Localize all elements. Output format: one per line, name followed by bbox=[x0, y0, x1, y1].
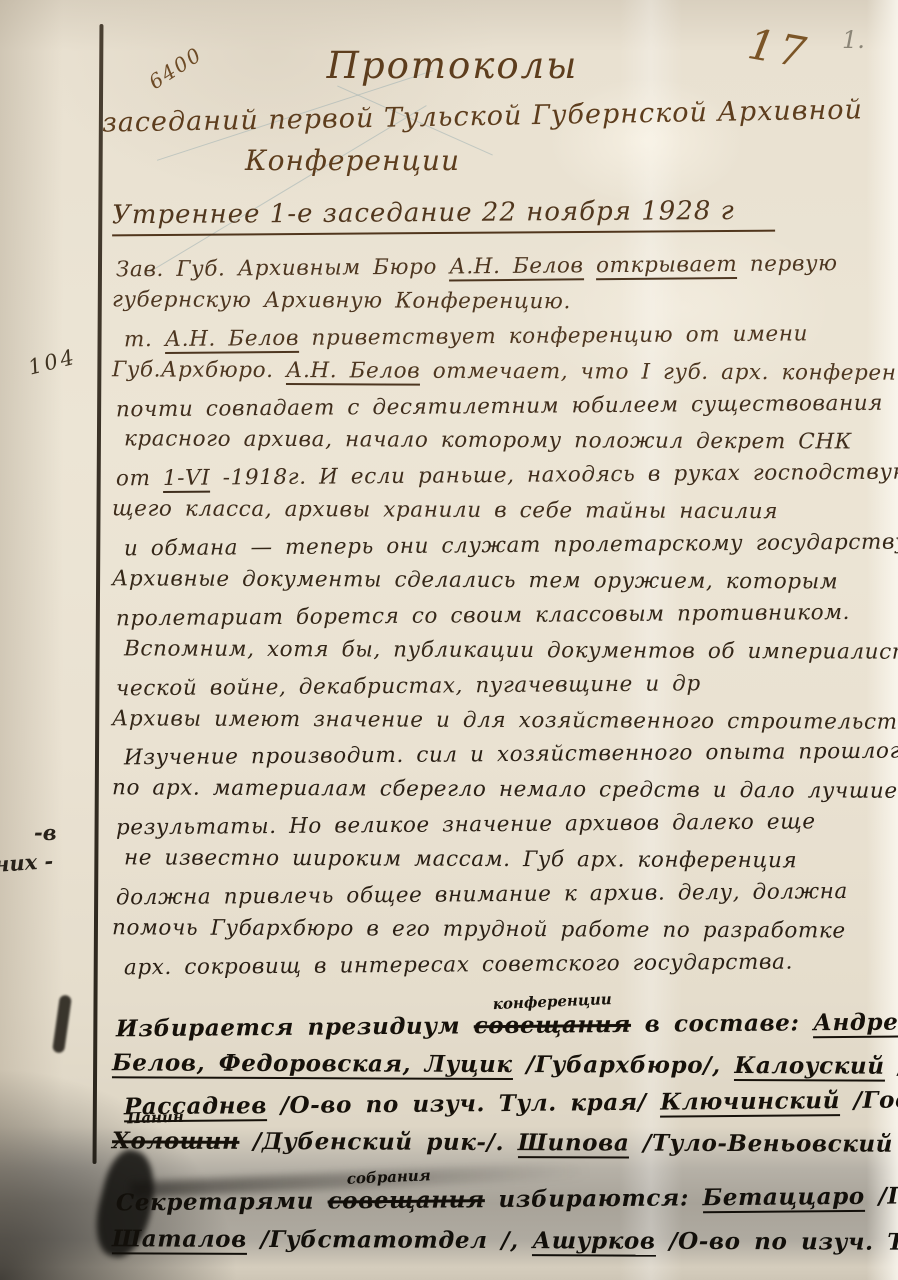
text-line: Избирается президиум совещанияконференци… bbox=[116, 1009, 892, 1055]
underlined-text: Ключинский bbox=[660, 1087, 840, 1118]
text-line: Вспомним, хотя бы, публикации документов… bbox=[124, 636, 892, 674]
text-span: по арх. материалам сберегло немало средс… bbox=[112, 776, 898, 804]
text-span: /О-во по изуч. Тул. Края/. bbox=[656, 1228, 898, 1257]
inserted-correction: собрания bbox=[346, 1166, 431, 1188]
text-span: и обмана — теперь они служат пролетарско… bbox=[124, 530, 898, 562]
text-span: /Губстатотдел /, bbox=[247, 1226, 533, 1254]
text-span: отмечает, что I губ. арх. конференция bbox=[420, 358, 898, 385]
text-span: Секретарями bbox=[116, 1188, 328, 1217]
title-line-3: Конференции bbox=[95, 144, 610, 177]
margin-note: 104 bbox=[26, 344, 79, 379]
text-span: /Истпарт / bbox=[885, 1053, 898, 1081]
text-line: и обмана — теперь они служат пролетарско… bbox=[124, 530, 892, 572]
screenshot: 6400 17 1. 104 -в них - Протоколы заседа… bbox=[0, 0, 898, 1280]
text-line: Зав. Губ. Архивным Бюро А.Н. Белов откры… bbox=[116, 251, 892, 293]
underlined-text: Шаталов bbox=[112, 1225, 247, 1255]
text-line: Секретарями совещаниясобрания избираются… bbox=[116, 1183, 892, 1231]
text-span: Архивы имеют значение и для хозяйственно… bbox=[112, 706, 898, 735]
text-line: Белов, Федоровская, Луцик /Губархбюро/, … bbox=[112, 1049, 892, 1091]
inserted-correction: конференции bbox=[492, 990, 612, 1013]
session-heading: Утреннее 1-е заседание 22 ноября 1928 г bbox=[112, 196, 775, 237]
text-line: по арх. материалам сберегло немало средс… bbox=[112, 776, 892, 814]
text-span: /Губархбюро /, bbox=[865, 1181, 898, 1210]
text-line: ческой войне, декабристах, пугачевщине и… bbox=[116, 669, 892, 711]
underlined-text: Калоуский bbox=[734, 1052, 884, 1082]
text-line: пролетариат борется со своим классовым п… bbox=[116, 600, 892, 642]
text-span bbox=[584, 253, 597, 278]
photo-left-edge bbox=[93, 24, 104, 1164]
text-line: Шаталов /Губстатотдел /, Ашурков /О-во п… bbox=[112, 1225, 892, 1269]
text-line: результаты. Но великое значение архивов … bbox=[116, 809, 892, 851]
underlined-text: Андреев bbox=[813, 1008, 898, 1038]
text-line: Архивные документы сделались тем оружием… bbox=[112, 566, 892, 604]
text-line: Изучение производит. сил и хозяйственног… bbox=[124, 739, 892, 781]
text-span: губернскую Архивную Конференцию. bbox=[112, 287, 571, 314]
underlined-text: 1-VI bbox=[163, 466, 211, 493]
text-span: арх. сокровищ в интересах советского гос… bbox=[124, 949, 793, 980]
text-line: почти совпадает с десятилетним юбилеем с… bbox=[116, 390, 892, 432]
underlined-text: А.Н. Белов bbox=[165, 326, 299, 354]
text-span: почти совпадает с десятилетним юбилеем с… bbox=[116, 390, 883, 422]
text-span: приветствует конференцию от имени bbox=[299, 321, 808, 350]
text-span: помочь Губархбюро в его трудной работе п… bbox=[112, 915, 846, 943]
text-span: от bbox=[116, 466, 163, 491]
text-line: Рассаднев /О-во по изуч. Тул. края/ Ключ… bbox=[124, 1087, 892, 1133]
text-span: первую bbox=[737, 251, 837, 277]
text-line: Губ.Архбюро. А.Н. Белов отмечает, что I … bbox=[112, 357, 892, 395]
text-span: пролетариат борется со своим классовым п… bbox=[116, 600, 850, 631]
underlined-text: Бетаццаро bbox=[702, 1183, 864, 1213]
struck-text: ХолошинПанин bbox=[112, 1127, 240, 1155]
text-line: ХолошинПанин /Дубенский рик-/. Шипова /Т… bbox=[112, 1127, 892, 1169]
underlined-text: Белов, Федоровская, Луцик bbox=[112, 1049, 513, 1080]
text-span: /Губархбюро/, bbox=[513, 1051, 735, 1079]
text-span: /Госзавод №1/ bbox=[840, 1085, 898, 1114]
title-line-2: заседаний первой Тульской Губернской Арх… bbox=[95, 94, 870, 139]
text-span: красного архива, начало которому положил… bbox=[124, 427, 852, 455]
text-span: Изучение производит. сил и хозяйственног… bbox=[124, 739, 898, 771]
text-span: должна привлечь общее внимание к архив. … bbox=[116, 879, 848, 910]
text-span: ческой войне, декабристах, пугачевщине и… bbox=[116, 671, 701, 701]
text-span: Губ.Архбюро. bbox=[112, 357, 286, 383]
secretaries-paragraph: Секретарями совещаниясобрания избираются… bbox=[112, 1186, 892, 1268]
underlined-text: А.Н. Белов bbox=[449, 253, 583, 281]
text-line: губернскую Архивную Конференцию. bbox=[112, 287, 892, 325]
text-line: от 1-VI -1918г. И если раньше, находясь … bbox=[116, 460, 892, 502]
text-span: в составе: bbox=[631, 1009, 813, 1038]
text-line: не известно широким массам. Губ арх. кон… bbox=[124, 845, 892, 883]
struck-text: совещаниясобрания bbox=[327, 1186, 485, 1214]
underlined-text: открывает bbox=[596, 252, 738, 280]
opening-paragraph: Зав. Губ. Архивным Бюро А.Н. Белов откры… bbox=[112, 254, 892, 987]
underlined-text: Ашурков bbox=[532, 1227, 655, 1257]
document-photo: 6400 17 1. 104 -в них - Протоколы заседа… bbox=[0, 0, 898, 1280]
text-line: красного архива, начало которому положил… bbox=[124, 427, 892, 465]
text-span: Архивные документы сделались тем оружием… bbox=[112, 566, 838, 594]
text-line: Архивы имеют значение и для хозяйственно… bbox=[112, 706, 892, 744]
text-span: щего класса, архивы хранили в себе тайны… bbox=[112, 497, 778, 525]
presidium-paragraph: Избирается президиум совещанияконференци… bbox=[112, 1012, 892, 1168]
text-line: арх. сокровищ в интересах советского гос… bbox=[124, 948, 892, 990]
text-span: /О-во по изуч. Тул. края/ bbox=[267, 1089, 661, 1119]
text-span: /Туло-Веньовский рик/ bbox=[629, 1130, 898, 1158]
title-line-1: Протоколы bbox=[35, 44, 870, 87]
margin-note: -в bbox=[34, 820, 57, 845]
text-line: должна привлечь общее внимание к архив. … bbox=[116, 879, 892, 921]
text-span: /Дубенский рик-/. bbox=[239, 1128, 518, 1156]
inserted-correction: Панин bbox=[127, 1108, 184, 1128]
text-line: щего класса, архивы хранили в себе тайны… bbox=[112, 497, 892, 535]
text-span: Вспомним, хотя бы, публикации документов… bbox=[124, 636, 898, 665]
text-span: избираются: bbox=[485, 1184, 703, 1213]
struck-text: совещанияконференции bbox=[474, 1011, 632, 1039]
document-title: Протоколы заседаний первой Тульской Губе… bbox=[95, 44, 870, 177]
text-line: помочь Губархбюро в его трудной работе п… bbox=[112, 915, 892, 953]
text-span: результаты. Но великое значение архивов … bbox=[116, 810, 816, 841]
text-span: Избирается президиум bbox=[116, 1012, 474, 1042]
text-span: Зав. Губ. Архивным Бюро bbox=[116, 254, 450, 282]
underlined-text: А.Н. Белов bbox=[286, 358, 420, 386]
text-span: -1918г. И если раньше, находясь в руках … bbox=[210, 460, 898, 491]
margin-note: них - bbox=[0, 848, 54, 877]
underlined-text: Шипова bbox=[518, 1129, 630, 1158]
text-span: т. bbox=[124, 327, 165, 352]
text-span: не известно широким массам. Губ арх. кон… bbox=[124, 845, 797, 873]
text-line: т. А.Н. Белов приветствует конференцию о… bbox=[124, 320, 892, 362]
